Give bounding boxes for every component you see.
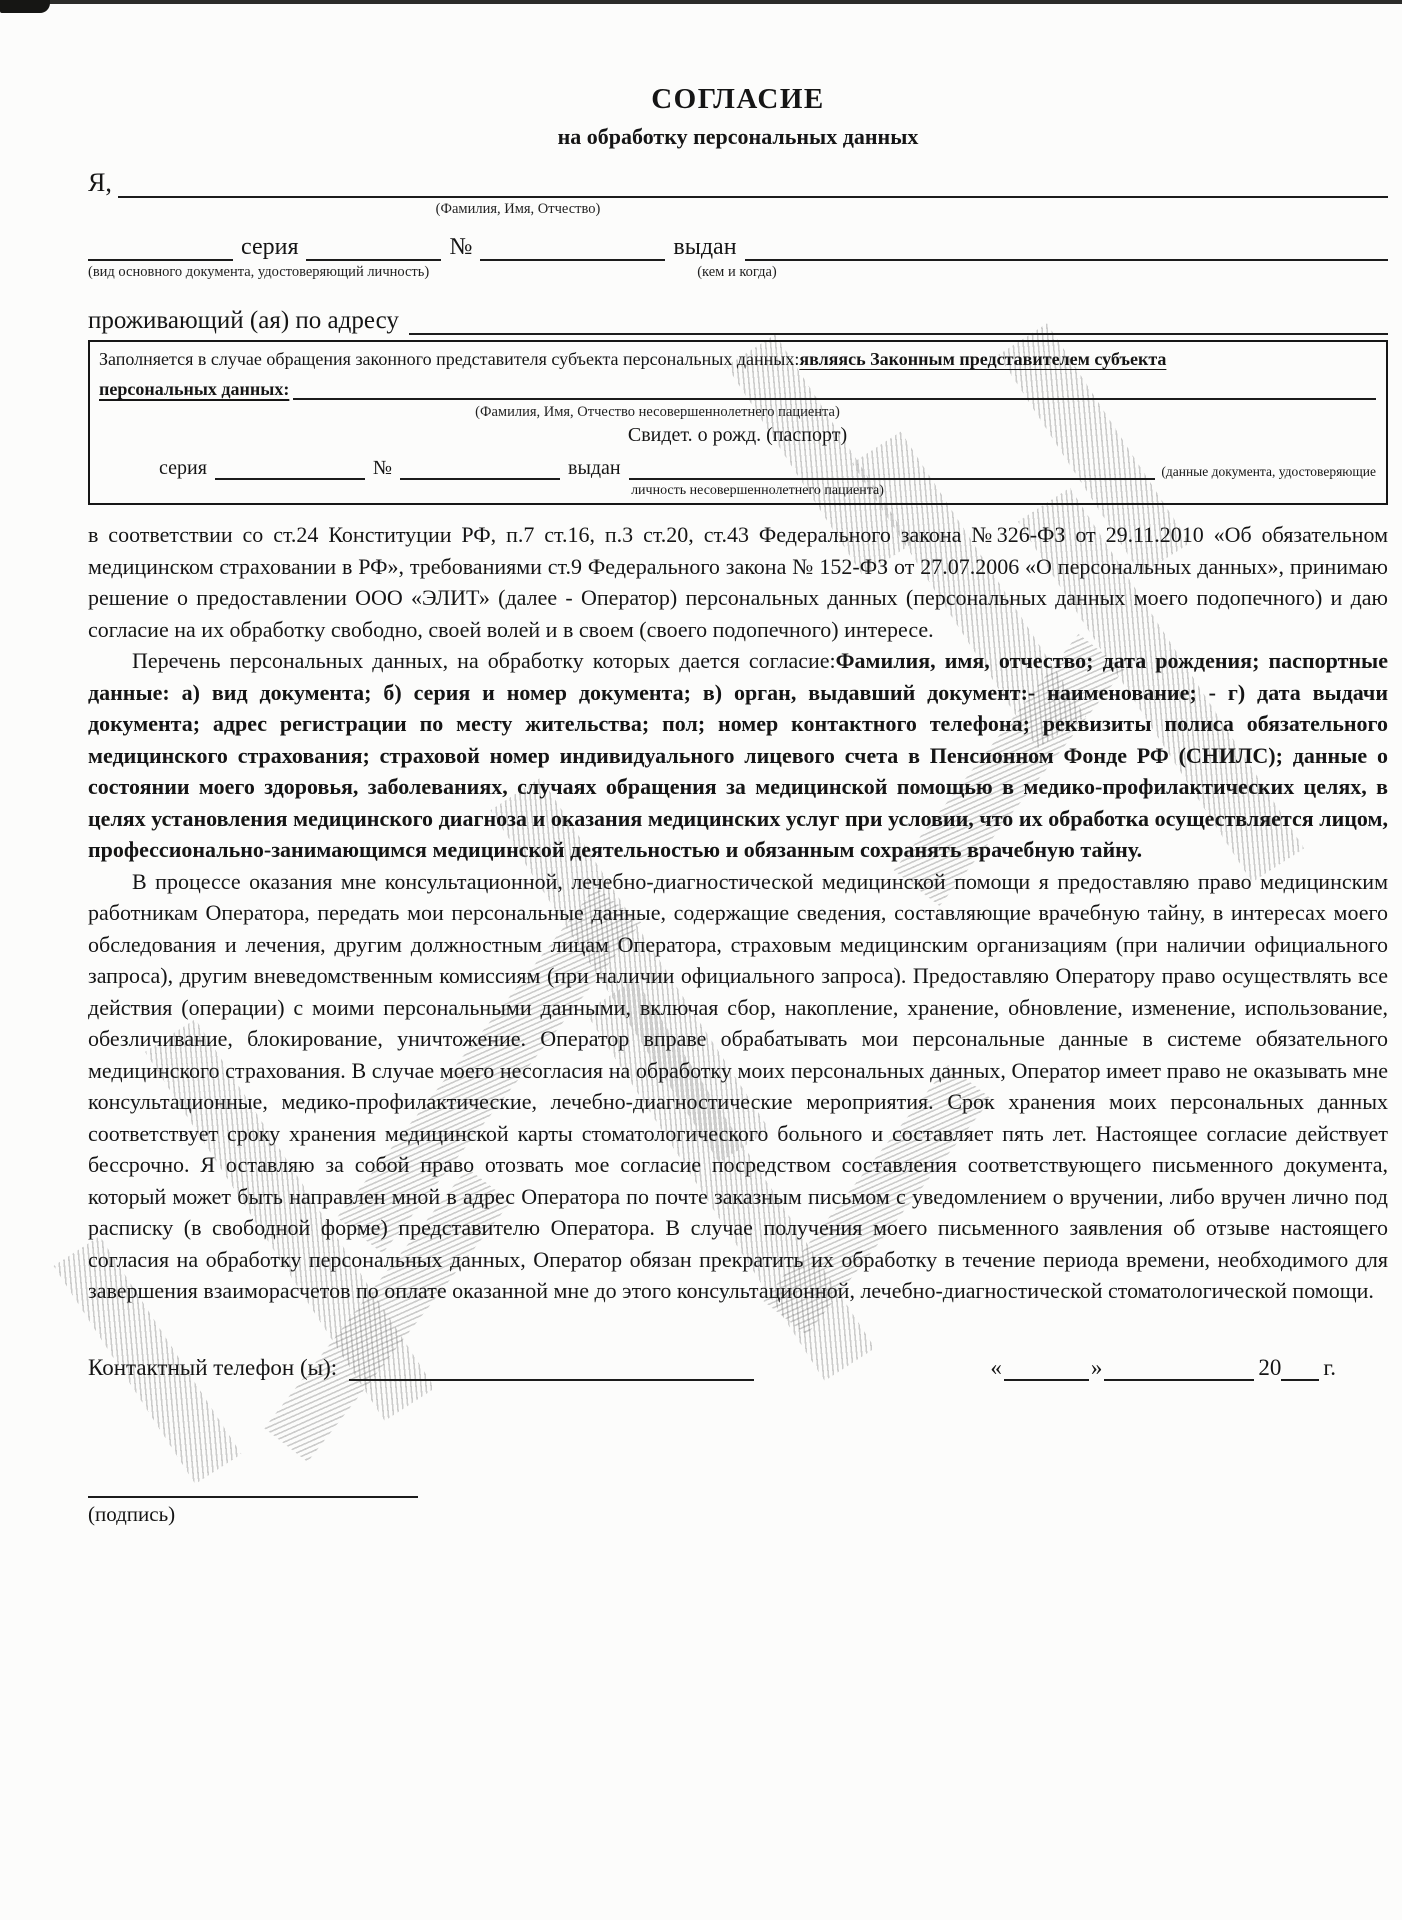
minor-series-blank-line (215, 457, 365, 480)
minor-issued-blank-line (629, 457, 1156, 480)
date-month-blank (1104, 1355, 1254, 1381)
scan-artifact-top-edge (0, 0, 1402, 4)
quote-open: « (988, 1355, 1004, 1381)
year-suffix: г. (1319, 1355, 1336, 1381)
minor-issued-label: выдан (560, 457, 629, 480)
minor-series-label: серия (151, 457, 215, 480)
series-blank-line (306, 234, 441, 261)
signature-block: (подпись) (88, 1473, 1388, 1527)
date-year-blank (1281, 1355, 1319, 1381)
phone-label: Контактный телефон (ы): (88, 1355, 349, 1381)
representative-line2: персональных данных: (99, 379, 1376, 400)
minor-number-blank-line (400, 457, 560, 480)
passport-row: серия № выдан (88, 234, 1388, 261)
doc-type-blank-line (88, 234, 233, 261)
issued-blank-line (745, 234, 1388, 261)
number-blank-line (480, 234, 665, 261)
minor-fio-hint: (Фамилия, Имя, Отчество несовершеннолетн… (19, 404, 1296, 421)
doc-type-hint: (вид основного документа, удостоверяющий… (88, 264, 429, 281)
address-blank-line (409, 307, 1388, 335)
scan-artifact-corner (0, 0, 50, 13)
consent-body: в соответствии со ст.24 Конституции РФ, … (88, 519, 1388, 1307)
i-label: Я, (88, 168, 118, 198)
number-label: № (441, 234, 480, 261)
quote-close: » (1089, 1355, 1105, 1381)
representative-box: Заполняется в случае обращения законного… (88, 340, 1388, 505)
scanned-consent-form: СОГЛАСИЕ на обработку персональных данны… (0, 0, 1402, 1920)
form-content: СОГЛАСИЕ на обработку персональных данны… (88, 84, 1388, 1527)
minor-doc-data-hint-line1: (данные документа, удостоверяющие (1155, 464, 1376, 480)
form-subtitle: на обработку персональных данных (88, 124, 1388, 150)
date-day-blank (1004, 1355, 1089, 1381)
date-group: « » 20 г. (988, 1355, 1336, 1381)
fio-row: Я, (88, 168, 1388, 198)
minor-doc-kind: Свидет. о рожд. (паспорт) (99, 424, 1376, 447)
paragraph-process: В процессе оказания мне консультационной… (88, 866, 1388, 1307)
signature-hint: (подпись) (88, 1502, 1388, 1527)
minor-number-label: № (365, 457, 400, 480)
contact-date-row: Контактный телефон (ы): « » 20 г. (88, 1355, 1388, 1381)
year-prefix: 20 (1254, 1355, 1281, 1381)
series-label: серия (233, 234, 306, 261)
representative-bold-part2: персональных данных: (99, 379, 293, 400)
representative-intro-line: Заполняется в случае обращения законного… (99, 349, 1376, 370)
paragraph-data-list: Перечень персональных данных, на обработ… (88, 645, 1388, 866)
address-row: проживающий (ая) по адресу (88, 307, 1388, 335)
representative-fio-blank-line (293, 379, 1376, 400)
minor-doc-data-hint-line2: личность несовершеннолетнего пациента) (119, 483, 1396, 499)
passport-hints-row: (вид основного документа, удостоверяющий… (88, 264, 1388, 281)
representative-intro: Заполняется в случае обращения законного… (99, 349, 799, 369)
paragraph-list-lead: Перечень персональных данных, на обработ… (132, 648, 836, 673)
fio-hint: (Фамилия, Имя, Отчество) (388, 201, 648, 218)
representative-bold-part1: являясь Законным представителем субъекта (799, 349, 1166, 369)
form-title: СОГЛАСИЕ (88, 84, 1388, 116)
address-label: проживающий (ая) по адресу (88, 307, 409, 335)
issuer-hint: (кем и когда) (697, 264, 777, 281)
minor-passport-row: серия № выдан (данные документа, удостов… (99, 457, 1376, 480)
signature-blank-line (88, 1473, 418, 1498)
paragraph-legal: в соответствии со ст.24 Конституции РФ, … (88, 519, 1388, 645)
issued-label: выдан (665, 234, 744, 261)
fio-blank-line (118, 169, 1388, 198)
paragraph-list-bold: Фамилия, имя, отчество; дата рождения; п… (88, 648, 1388, 862)
phone-blank-line (349, 1355, 754, 1381)
